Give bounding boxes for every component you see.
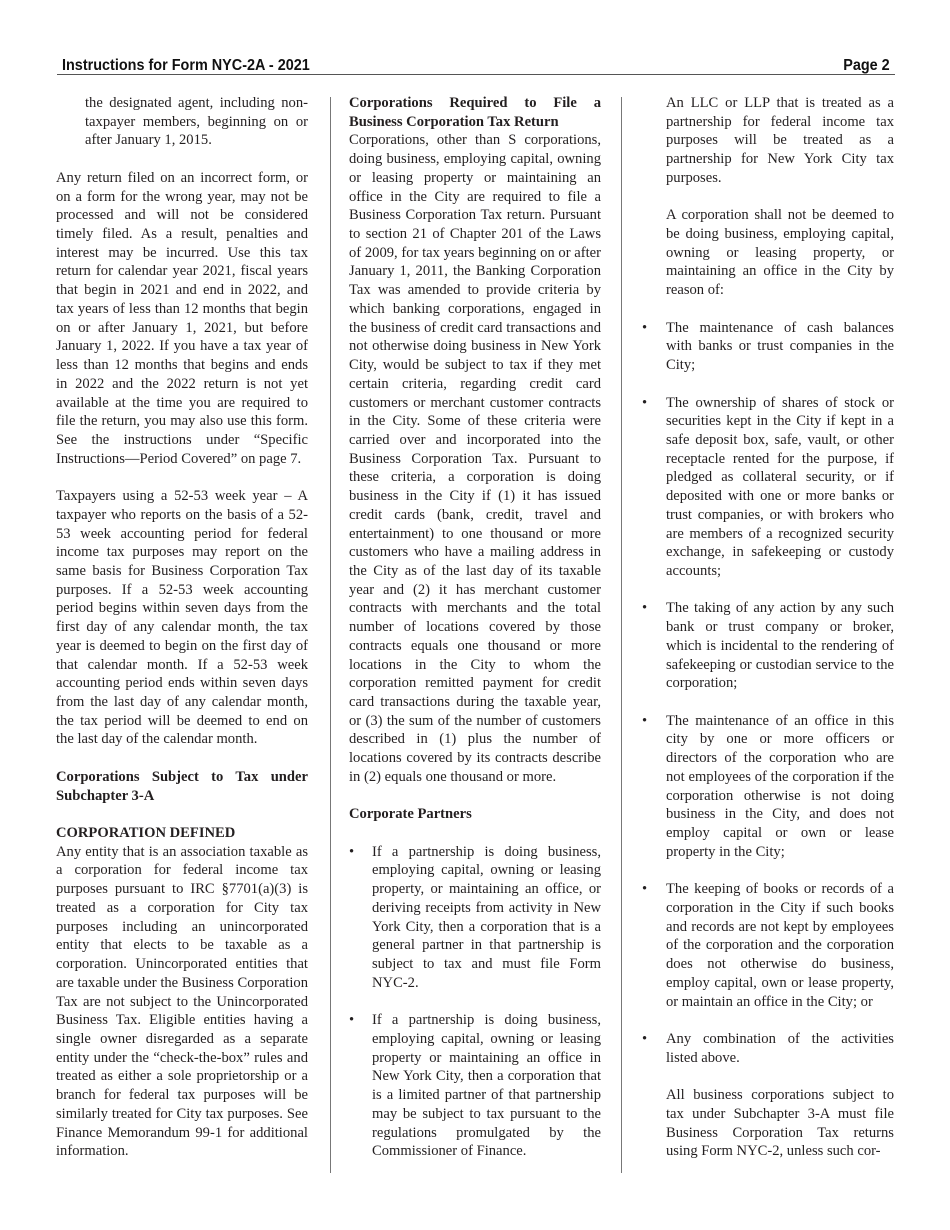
not-deemed-paragraph: A corporation shall not be deemed to be …: [642, 206, 894, 300]
bullet-item: • The maintenance of cash balances with …: [642, 319, 894, 375]
document-title: Instructions for Form NYC-2A - 2021: [62, 57, 310, 75]
bullet-item: • The keeping of books or records of a c…: [642, 880, 894, 1011]
bullet-item: • The maintenance of an office in this c…: [642, 712, 894, 862]
bullet-item: • Any combination of the activities list…: [642, 1030, 894, 1067]
bullet-text: If a partnership is doing business, empl…: [372, 843, 601, 993]
bullet-text: Any combination of the activities listed…: [666, 1030, 894, 1067]
section-heading-required-to-file: Corporations Required to File a Business…: [349, 94, 601, 131]
column-3: An LLC or LLP that is treated as a partn…: [642, 94, 894, 1161]
bullet-text: The maintenance of cash balances with ba…: [666, 319, 894, 375]
bullet-icon: •: [642, 319, 647, 338]
column-1: the designated agent, including non-taxp…: [56, 94, 308, 1161]
column-2: Corporations Required to File a Business…: [349, 94, 601, 1161]
bullet-icon: •: [642, 394, 647, 413]
llc-paragraph: An LLC or LLP that is treated as a partn…: [642, 94, 894, 188]
bullet-icon: •: [349, 1011, 354, 1030]
incorrect-form-paragraph: Any return filed on an incorrect form, o…: [56, 169, 308, 469]
bullet-text: The taking of any action by any such ban…: [666, 599, 894, 693]
bullet-item: • If a partnership is doing business, em…: [349, 1011, 601, 1161]
bullet-item: • If a partnership is doing business, em…: [349, 843, 601, 993]
bullet-text: The keeping of books or records of a cor…: [666, 880, 894, 1011]
bullet-text: The ownership of shares of stock or secu…: [666, 394, 894, 581]
header-rule: [57, 74, 895, 75]
section-heading-corporation-defined: CORPORATION DEFINED: [56, 824, 308, 843]
bullet-icon: •: [642, 712, 647, 731]
corporation-defined-paragraph: Any entity that is an association taxabl…: [56, 843, 308, 1161]
required-to-file-paragraph: Corporations, other than S corporations,…: [349, 131, 601, 786]
column-divider: [330, 97, 331, 1173]
continued-paragraph: the designated agent, including non-taxp…: [56, 94, 308, 150]
bullet-icon: •: [642, 880, 647, 899]
all-business-paragraph: All business corporations subject to tax…: [642, 1086, 894, 1161]
column-divider: [621, 97, 622, 1173]
bullet-item: • The taking of any action by any such b…: [642, 599, 894, 693]
fifty-two-week-paragraph: Taxpayers using a 52-53 week year – A ta…: [56, 487, 308, 749]
bullet-text: If a partnership is doing business, empl…: [372, 1011, 601, 1161]
page-header: Instructions for Form NYC-2A - 2021 Page…: [62, 57, 836, 75]
section-heading-subject-to-tax: Corporations Subject to Tax under Subcha…: [56, 768, 308, 805]
section-heading-corporate-partners: Corporate Partners: [349, 805, 601, 824]
bullet-item: • The ownership of shares of stock or se…: [642, 394, 894, 581]
bullet-icon: •: [642, 599, 647, 618]
page-number: Page 2: [843, 57, 889, 75]
bullet-icon: •: [349, 843, 354, 862]
bullet-icon: •: [642, 1030, 647, 1049]
bullet-text: The maintenance of an office in this cit…: [666, 712, 894, 862]
